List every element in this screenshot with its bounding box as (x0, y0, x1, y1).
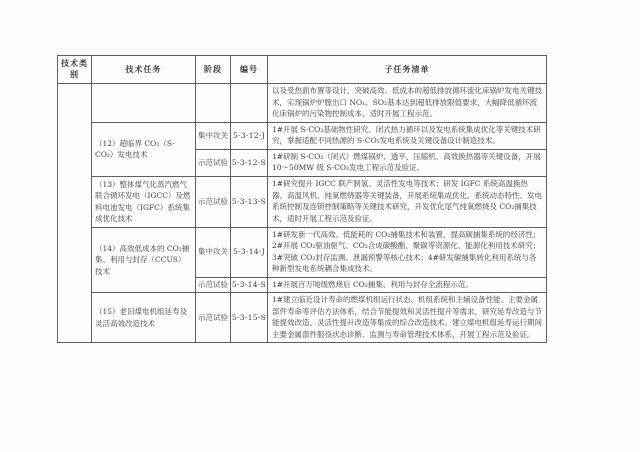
subtasks-cell: 1#开展百万吨级燃烧后 CO₂捕集、利用与封存全流程示范。 (268, 277, 547, 293)
code-cell: 5-3-12-J (231, 122, 268, 149)
code-cell: 5-3-12-S (231, 149, 268, 176)
header-stage: 阶段 (196, 56, 231, 84)
stage-cell: 示范试验 (196, 293, 231, 343)
table-row: （12）超临界 CO₂（S-CO₂）发电技术 集中攻关 5-3-12-J 1#开… (58, 122, 547, 149)
table-row: （14）高效低成本的 CO₂捕集、利用与封存（CCUS）技术 集中攻关 5-3-… (58, 227, 547, 277)
header-task: 技术任务 (92, 56, 196, 84)
subtasks-cell: 1#建立临近设计寿命的燃煤机组运行状态、机组系统和主辅设备性能、主要金属部件寿命… (268, 293, 547, 343)
category-cell (58, 84, 92, 343)
stage-cell: 示范试验 (196, 277, 231, 293)
subtasks-cell: 1#研制 S-CO₂（闭式）燃煤锅炉、透平、压缩机、高效换热器等关键设备，开展 … (268, 149, 547, 176)
subtasks-cell: 1#开展 S-CO₂基础物性研究、闭式热力循环以及发电系统集成优化等关键技术研究… (268, 122, 547, 149)
header-subtasks: 子任务清单 (268, 56, 547, 84)
task-cell-15: （15）老旧煤电机组延寿及灵活高效改造技术 (92, 293, 196, 343)
table-row: （15）老旧煤电机组延寿及灵活高效改造技术 示范试验 5-3-15-S 1#建立… (58, 293, 547, 343)
code-cell: 5-3-14-J (231, 227, 268, 277)
task-cell-13: （13）整体煤气化蒸汽燃气联合循环发电（IGCC）及燃料电池发电（IGFC）系统… (92, 176, 196, 227)
header-category: 技术类别 (58, 56, 92, 84)
code-cell: 5-3-14-S (231, 277, 268, 293)
code-cell: 5-3-13-S (231, 176, 268, 227)
stage-cell (196, 84, 231, 123)
tech-task-table: 技术类别 技术任务 阶段 编号 子任务清单 以及受热面布置等设计，突破高效、低成… (57, 55, 547, 343)
task-cell-12: （12）超临界 CO₂（S-CO₂）发电技术 (92, 122, 196, 176)
task-cell-14: （14）高效低成本的 CO₂捕集、利用与封存（CCUS）技术 (92, 227, 196, 293)
document-page: 技术类别 技术任务 阶段 编号 子任务清单 以及受热面布置等设计，突破高效、低成… (0, 0, 640, 452)
table-row: 以及受热面布置等设计，突破高效、低成本的超低排放循环流化床锅炉发电关键技术，实现… (58, 84, 547, 123)
subtasks-cell: 以及受热面布置等设计，突破高效、低成本的超低排放循环流化床锅炉发电关键技术，实现… (268, 84, 547, 123)
code-cell: 5-3-15-S (231, 293, 268, 343)
table-row: （13）整体煤气化蒸汽燃气联合循环发电（IGCC）及燃料电池发电（IGFC）系统… (58, 176, 547, 227)
subtasks-cell: 1#研发新一代高效、低能耗的 CO₂捕集技术和装置，提高碳捕集系统的经济性；2#… (268, 227, 547, 277)
stage-cell: 示范试验 (196, 176, 231, 227)
stage-cell: 集中攻关 (196, 122, 231, 149)
code-cell (231, 84, 268, 123)
stage-cell: 示范试验 (196, 149, 231, 176)
header-row: 技术类别 技术任务 阶段 编号 子任务清单 (58, 56, 547, 84)
stage-cell: 集中攻关 (196, 227, 231, 277)
header-code: 编号 (231, 56, 268, 84)
subtasks-cell: 1#研究提升 IGCC 联产制氢、灵活性发电等技术；研发 IGFC 系统高温换热… (268, 176, 547, 227)
task-cell-continued (92, 84, 196, 123)
